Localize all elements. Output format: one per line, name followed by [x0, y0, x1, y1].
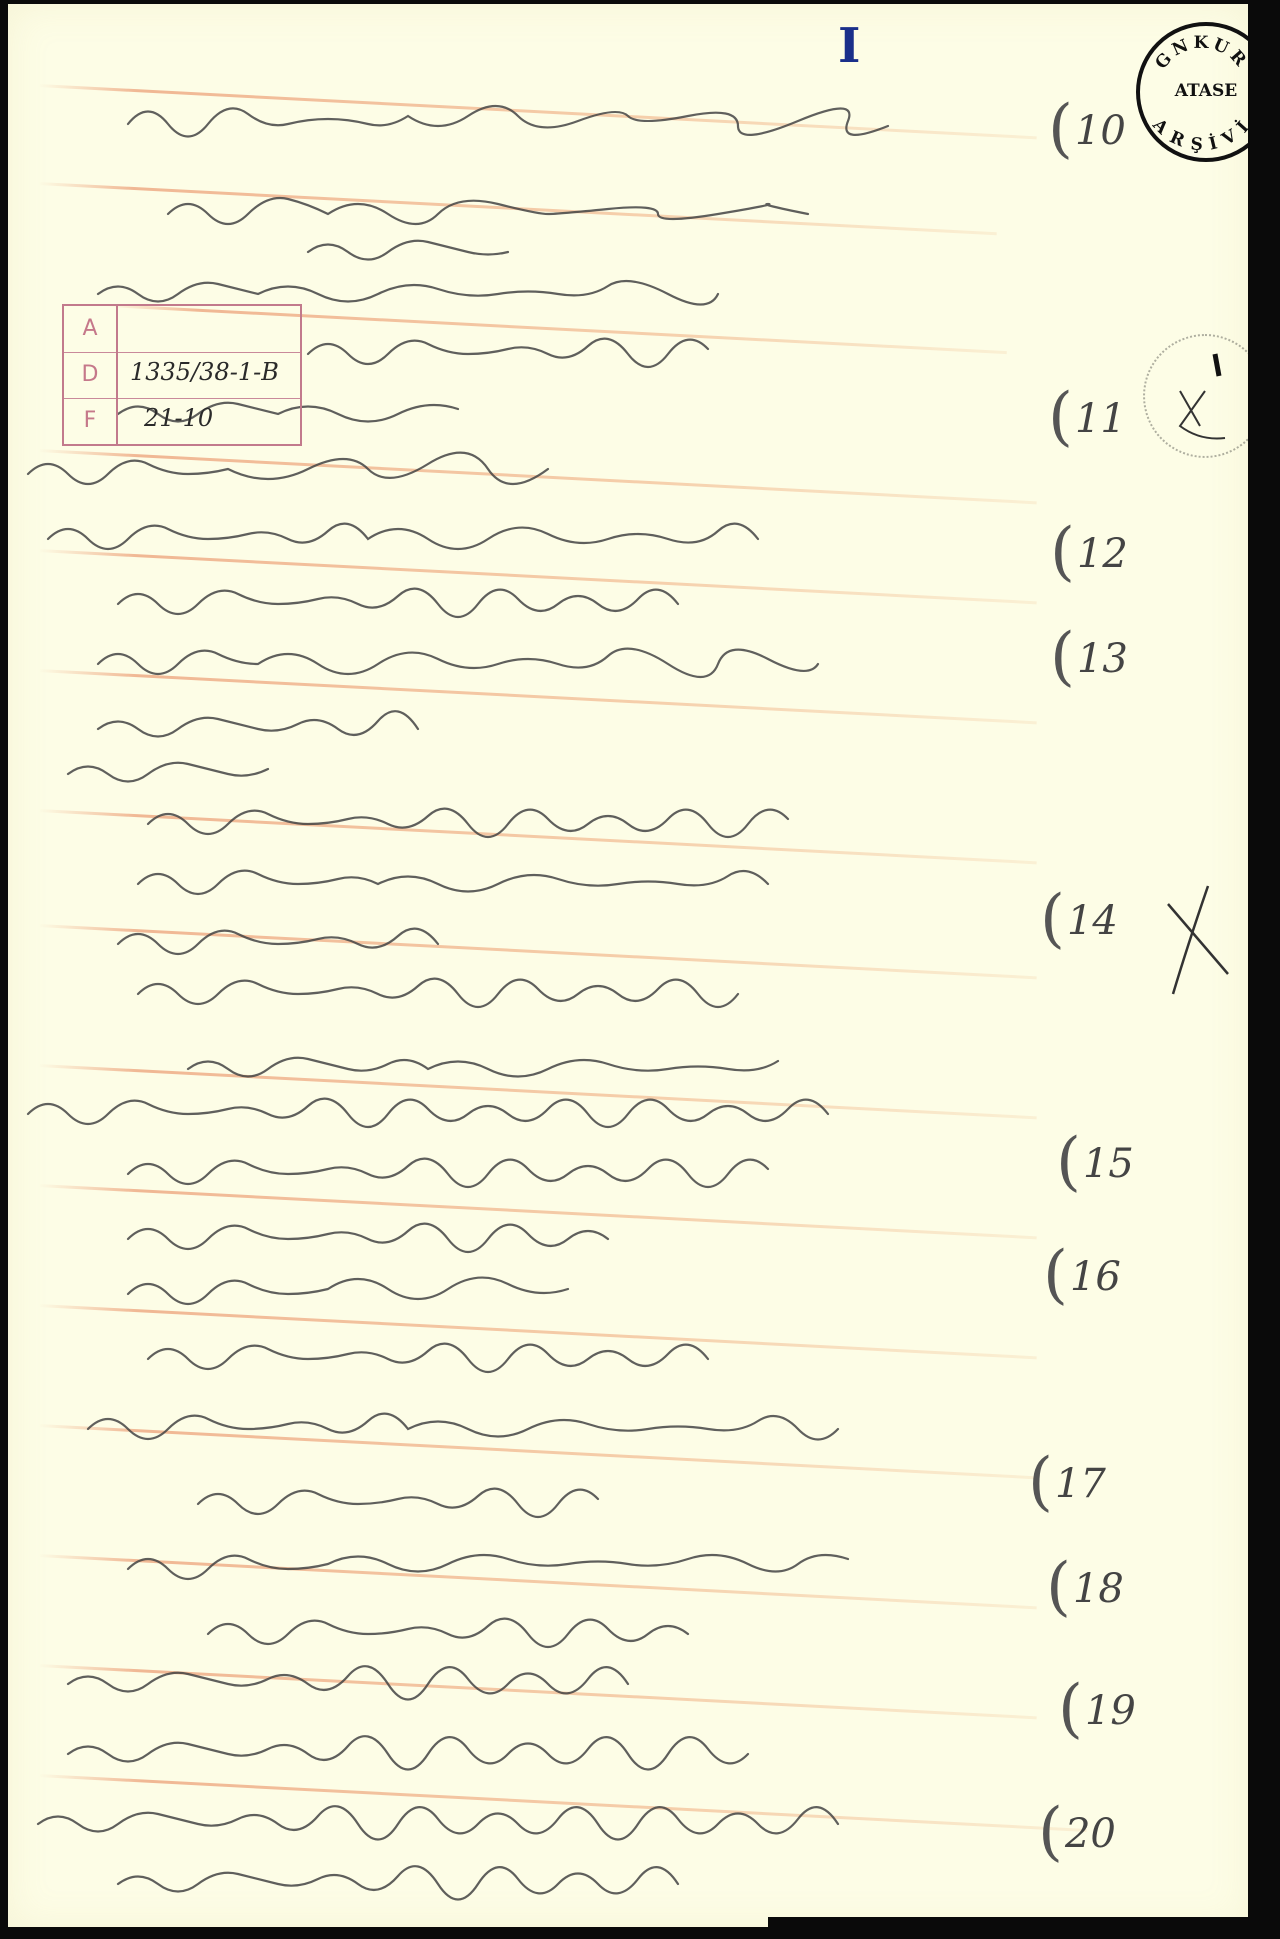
catalog-row-a: A — [64, 306, 300, 353]
stamp-bottom-text: ARŞİVİ — [1148, 114, 1256, 154]
document-page: I GNKUR ARŞİVİ ATASE A D — [8, 4, 1250, 1929]
entry-number: (19 — [1058, 1666, 1136, 1740]
entry-number: (16 — [1043, 1232, 1121, 1306]
x-mark-icon — [1158, 884, 1238, 1004]
catalog-key: A — [64, 306, 118, 352]
catalog-row-f: F 21-10 — [64, 398, 300, 444]
catalog-value: 21-10 — [144, 404, 213, 432]
scan-edge-right — [1248, 0, 1280, 1939]
entry-number: (10 — [1048, 86, 1126, 160]
stamp-top-text: GNKUR — [1152, 33, 1253, 73]
entry-number: (14 — [1040, 876, 1118, 950]
handwritten-text — [8, 4, 1038, 1904]
scan-edge-notch — [768, 1917, 1280, 1939]
entry-number: (12 — [1050, 509, 1128, 583]
svg-text:ARŞİVİ: ARŞİVİ — [1148, 114, 1256, 154]
entry-number: (20 — [1038, 1789, 1116, 1863]
entry-number: (13 — [1050, 614, 1128, 688]
catalog-key: F — [64, 398, 118, 444]
catalog-box: A D 1335/38-1-B F 21-10 — [62, 304, 302, 446]
svg-text:GNKUR: GNKUR — [1152, 33, 1253, 73]
entry-number: (15 — [1056, 1119, 1134, 1193]
catalog-value: 1335/38-1-B — [130, 358, 279, 386]
catalog-key: D — [64, 352, 118, 398]
entry-number: (18 — [1046, 1544, 1124, 1618]
entry-number: (11 — [1048, 374, 1126, 448]
entry-number: (17 — [1028, 1439, 1106, 1513]
catalog-row-d: D 1335/38-1-B — [64, 352, 300, 399]
page-numeral: I — [838, 18, 860, 74]
faded-stamp-mark-icon — [1145, 336, 1265, 456]
